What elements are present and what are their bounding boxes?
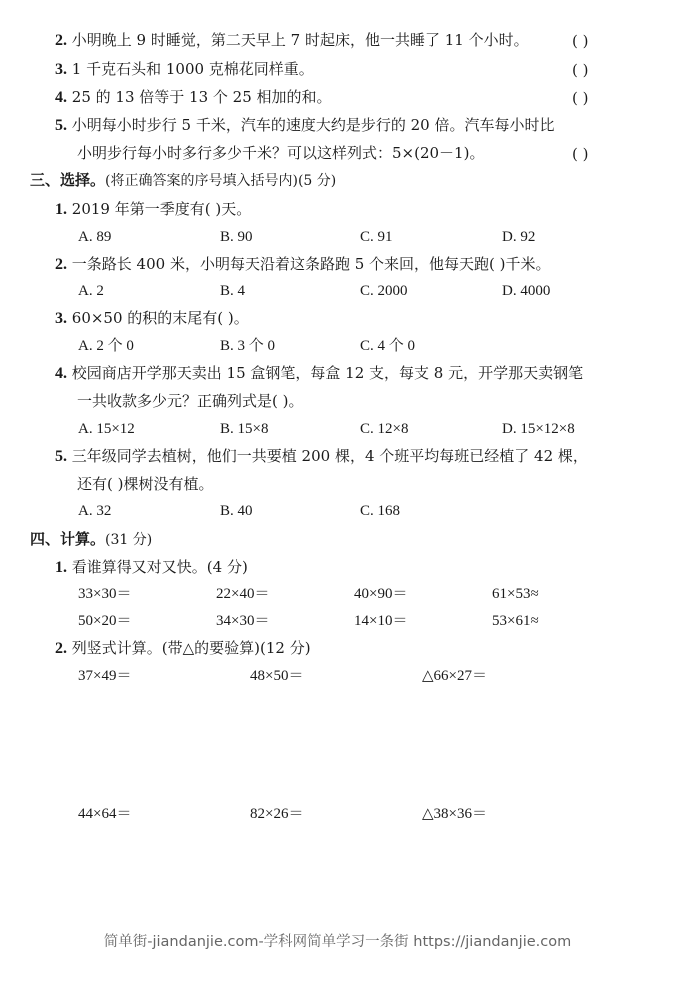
item-text: 小明每小时步行 5 千米，汽车的速度大约是步行的 20 倍。汽车每小时比: [72, 116, 555, 134]
item-number: 4.: [55, 89, 67, 106]
option-b[interactable]: B. 40: [220, 501, 253, 521]
choice-question-1: 1. 2019 年第一季度有( )天。: [55, 199, 251, 220]
answer-blank[interactable]: ( ): [572, 89, 588, 107]
item-number: 2.: [55, 32, 67, 49]
question-text: 2019 年第一季度有( )天。: [72, 200, 251, 218]
question-text: 三年级同学去植树，他们一共要植 200 棵，4 个班平均每班已经植了 42 棵，: [72, 447, 588, 465]
choice-question-4: 4. 校园商店开学那天卖出 15 盒钢笔，每盒 12 支，每支 8 元，开学那天…: [55, 363, 583, 384]
oral-calc: 50×20＝: [78, 611, 131, 631]
option-c[interactable]: C. 12×8: [360, 419, 408, 439]
choice-question-2: 2. 一条路长 400 米，小明每天沿着这条路跑 5 个来回，他每天跑( )千米…: [55, 254, 551, 275]
judgement-item-4: 4. 25 的 13 倍等于 13 个 25 相加的和。: [55, 87, 332, 108]
judgement-item-3: 3. 1 千克石头和 1000 克棉花同样重。: [55, 59, 314, 80]
oral-calc: 34×30＝: [216, 611, 269, 631]
question-number: 4.: [55, 365, 67, 382]
oral-calc: 53×61≈: [492, 611, 539, 631]
option-d[interactable]: D. 4000: [502, 281, 550, 301]
judgement-item-2: 2. 小明晚上 9 时睡觉，第二天早上 7 时起床，他一共睡了 11 个小时。: [55, 30, 529, 51]
choice-question-5-cont: 还有( )棵树没有植。: [77, 474, 213, 494]
option-a[interactable]: A. 2: [78, 281, 104, 301]
option-a[interactable]: A. 2 个 0: [78, 336, 134, 356]
option-c[interactable]: C. 168: [360, 501, 400, 521]
option-a[interactable]: A. 15×12: [78, 419, 135, 439]
judgement-item-5-cont: 小明步行每小时多行多少千米？可以这样列式：5×(20－1)。: [77, 143, 484, 163]
question-text: 校园商店开学那天卖出 15 盒钢笔，每盒 12 支，每支 8 元，开学那天卖钢笔: [72, 364, 583, 382]
vertical-calc: 82×26＝: [250, 804, 303, 824]
question-text: 一条路长 400 米，小明每天沿着这条路跑 5 个来回，他每天跑( )千米。: [72, 255, 551, 273]
option-a[interactable]: A. 32: [78, 501, 111, 521]
oral-calc: 61×53≈: [492, 584, 539, 604]
option-a[interactable]: A. 89: [78, 227, 111, 247]
vertical-calc: △66×27＝: [422, 666, 487, 686]
vertical-calc: 44×64＝: [78, 804, 131, 824]
option-d[interactable]: D. 92: [502, 227, 535, 247]
vertical-calc: 48×50＝: [250, 666, 303, 686]
option-b[interactable]: B. 15×8: [220, 419, 268, 439]
oral-calc: 40×90＝: [354, 584, 407, 604]
vertical-calc: 37×49＝: [78, 666, 131, 686]
choice-question-4-cont: 一共收款多少元？正确列式是( )。: [77, 391, 303, 411]
oral-calc: 33×30＝: [78, 584, 131, 604]
question-number: 1.: [55, 201, 67, 218]
part-number: 1.: [55, 559, 67, 576]
question-number: 3.: [55, 310, 67, 327]
judgement-item-5: 5. 小明每小时步行 5 千米，汽车的速度大约是步行的 20 倍。汽车每小时比: [55, 115, 555, 136]
section-heading-calc: 四、计算。(31 分): [30, 529, 152, 550]
answer-blank[interactable]: ( ): [572, 61, 588, 79]
watermark-footer: 简单街-jiandanjie.com-学科网简单学习一条街 https://ji…: [0, 930, 675, 951]
section-note: (将正确答案的序号填入括号内)(5 分): [105, 173, 336, 189]
section-title: 四、计算。: [30, 530, 105, 548]
calc-part-1-title: 1. 看谁算得又对又快。(4 分): [55, 557, 248, 578]
choice-question-3: 3. 60×50 的积的末尾有( )。: [55, 308, 249, 329]
question-number: 5.: [55, 448, 67, 465]
item-number: 3.: [55, 61, 67, 78]
oral-calc: 14×10＝: [354, 611, 407, 631]
item-text: 25 的 13 倍等于 13 个 25 相加的和。: [72, 88, 332, 106]
option-c[interactable]: C. 4 个 0: [360, 336, 415, 356]
section-heading-choice: 三、选择。(将正确答案的序号填入括号内)(5 分): [30, 170, 336, 191]
part-number: 2.: [55, 640, 67, 657]
vertical-calc: △38×36＝: [422, 804, 487, 824]
answer-blank[interactable]: ( ): [572, 32, 588, 50]
part-title: 看谁算得又对又快。(4 分): [72, 558, 248, 576]
option-b[interactable]: B. 3 个 0: [220, 336, 275, 356]
oral-calc: 22×40＝: [216, 584, 269, 604]
answer-blank[interactable]: ( ): [572, 145, 588, 163]
option-c[interactable]: C. 2000: [360, 281, 408, 301]
section-note: (31 分): [105, 532, 152, 548]
question-text: 60×50 的积的末尾有( )。: [72, 309, 249, 327]
option-c[interactable]: C. 91: [360, 227, 393, 247]
item-number: 5.: [55, 117, 67, 134]
option-b[interactable]: B. 90: [220, 227, 253, 247]
option-b[interactable]: B. 4: [220, 281, 245, 301]
part-title: 列竖式计算。(带△的要验算)(12 分): [72, 639, 311, 657]
question-number: 2.: [55, 256, 67, 273]
calc-part-2-title: 2. 列竖式计算。(带△的要验算)(12 分): [55, 638, 311, 659]
item-text: 小明晚上 9 时睡觉，第二天早上 7 时起床，他一共睡了 11 个小时。: [72, 31, 529, 49]
option-d[interactable]: D. 15×12×8: [502, 419, 575, 439]
section-title: 三、选择。: [30, 171, 105, 189]
item-text: 1 千克石头和 1000 克棉花同样重。: [72, 60, 314, 78]
choice-question-5: 5. 三年级同学去植树，他们一共要植 200 棵，4 个班平均每班已经植了 42…: [55, 446, 588, 467]
